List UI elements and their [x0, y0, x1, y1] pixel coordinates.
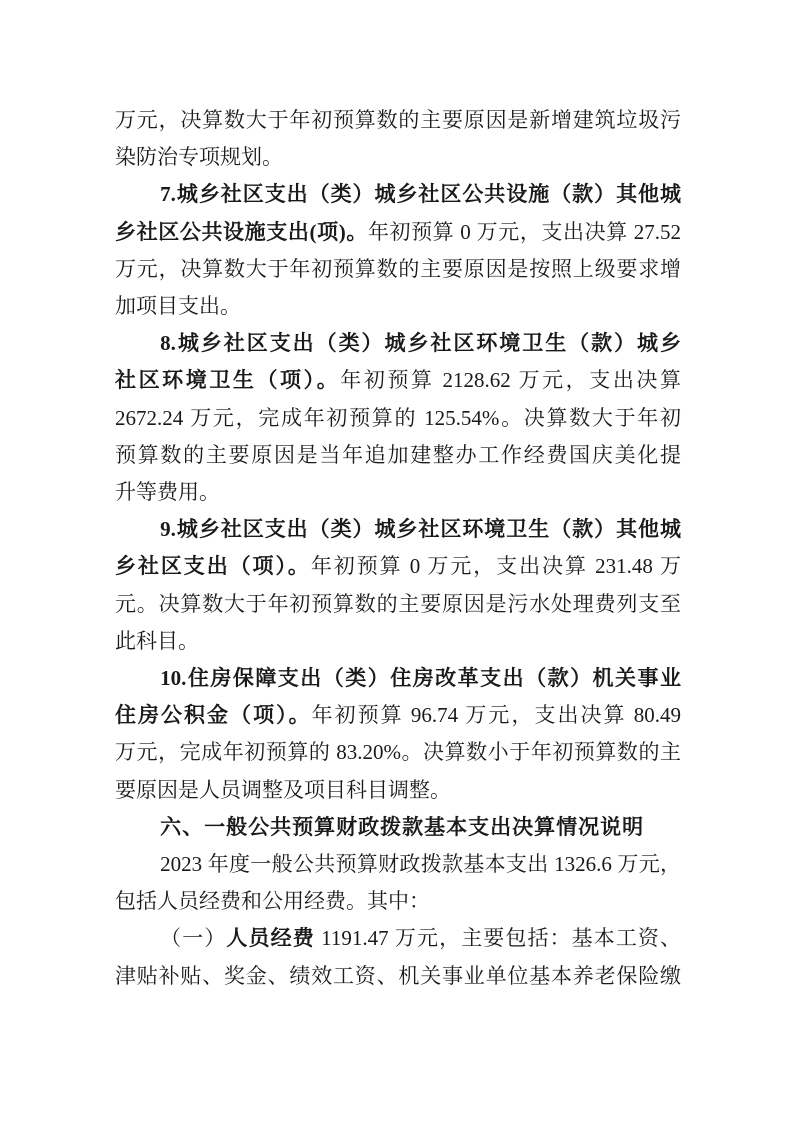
text-line: 住房公积金（项）。年初预算 96.74 万元，支出决算 80.49	[115, 697, 681, 734]
text-line: 元。决算数大于年初预算数的主要原因是污水处理费列支至	[115, 586, 681, 623]
bold-lead-text: 社区环境卫生（项）。	[115, 368, 340, 392]
text-line: 六、一般公共预算财政拨款基本支出决算情况说明	[115, 809, 681, 846]
body-text: 加项目支出。	[115, 294, 241, 318]
text-line: 2672.24 万元，完成年初预算的 125.54%。决算数大于年初	[115, 400, 681, 437]
text-line: 7.城乡社区支出（类）城乡社区公共设施（款）其他城	[115, 176, 681, 213]
text-line: 万元，决算数大于年初预算数的主要原因是新增建筑垃圾污	[115, 102, 681, 139]
text-line: 乡社区支出（项）。年初预算 0 万元，支出决算 231.48 万	[115, 548, 681, 585]
body-text: 2672.24 万元，完成年初预算的 125.54%。决算数大于年初	[115, 406, 681, 430]
body-text: 升等费用。	[115, 480, 220, 504]
text-line: 包括人员经费和公用经费。其中：	[115, 883, 681, 920]
document-body: 万元，决算数大于年初预算数的主要原因是新增建筑垃圾污染防治专项规划。7.城乡社区…	[115, 102, 681, 995]
body-text: 万元，完成年初预算的 83.20%。决算数小于年初预算数的主	[115, 740, 681, 764]
document-page: 万元，决算数大于年初预算数的主要原因是新增建筑垃圾污染防治专项规划。7.城乡社区…	[0, 0, 793, 1122]
text-line: 万元，决算数大于年初预算数的主要原因是按照上级要求增	[115, 251, 681, 288]
text-line: 预算数的主要原因是当年追加建整办工作经费国庆美化提	[115, 437, 681, 474]
paragraph-basic-expenditure: 2023 年度一般公共预算财政拨款基本支出 1326.6 万元，包括人员经费和公…	[115, 846, 681, 920]
body-text: 年初预算 0 万元，支出决算 231.48 万	[311, 554, 681, 578]
bold-lead-text: 人员经费	[226, 926, 314, 950]
paragraph-item8: 8.城乡社区支出（类）城乡社区环境卫生（款）城乡社区环境卫生（项）。年初预算 2…	[115, 325, 681, 511]
text-line: 2023 年度一般公共预算财政拨款基本支出 1326.6 万元，	[115, 846, 681, 883]
body-text: 元。决算数大于年初预算数的主要原因是污水处理费列支至	[115, 592, 681, 616]
paragraph-personnel-funds: （一）人员经费 1191.47 万元，主要包括：基本工资、津贴补贴、奖金、绩效工…	[115, 920, 681, 994]
body-text: 包括人员经费和公用经费。其中：	[115, 889, 430, 913]
bold-lead-text: 乡社区支出（项）。	[115, 554, 311, 578]
bold-lead-text: 10.住房保障支出（类）住房改革支出（款）机关事业	[160, 666, 681, 690]
body-text: 2023 年度一般公共预算财政拨款基本支出 1326.6 万元，	[160, 852, 681, 876]
text-line: 此科目。	[115, 623, 681, 660]
body-text: 万元，决算数大于年初预算数的主要原因是按照上级要求增	[115, 257, 681, 281]
body-text: 津贴补贴、奖金、绩效工资、机关事业单位基本养老保险缴	[115, 964, 681, 988]
text-line: 万元，完成年初预算的 83.20%。决算数小于年初预算数的主	[115, 734, 681, 771]
body-text: 要原因是人员调整及项目科目调整。	[115, 778, 451, 802]
text-line: 乡社区公共设施支出(项)。年初预算 0 万元，支出决算 27.52	[115, 214, 681, 251]
bold-lead-text: 9.城乡社区支出（类）城乡社区环境卫生（款）其他城	[160, 517, 681, 541]
bold-lead-text: 7.城乡社区支出（类）城乡社区公共设施（款）其他城	[160, 182, 681, 206]
paragraph-item9: 9.城乡社区支出（类）城乡社区环境卫生（款）其他城乡社区支出（项）。年初预算 0…	[115, 511, 681, 660]
section-heading-text: 六、一般公共预算财政拨款基本支出决算情况说明	[160, 816, 644, 839]
text-line: （一）人员经费 1191.47 万元，主要包括：基本工资、	[115, 920, 681, 957]
body-text: 年初预算 96.74 万元，支出决算 80.49	[312, 703, 681, 727]
body-text: 年初预算 2128.62 万元，支出决算	[340, 368, 681, 392]
text-line: 染防治专项规划。	[115, 139, 681, 176]
paragraph-item6-continued: 万元，决算数大于年初预算数的主要原因是新增建筑垃圾污染防治专项规划。	[115, 102, 681, 176]
text-line: 津贴补贴、奖金、绩效工资、机关事业单位基本养老保险缴	[115, 958, 681, 995]
text-line: 加项目支出。	[115, 288, 681, 325]
paragraph-item7: 7.城乡社区支出（类）城乡社区公共设施（款）其他城乡社区公共设施支出(项)。年初…	[115, 176, 681, 325]
body-text: 万元，决算数大于年初预算数的主要原因是新增建筑垃圾污	[115, 108, 681, 132]
text-line: 8.城乡社区支出（类）城乡社区环境卫生（款）城乡	[115, 325, 681, 362]
body-text: 染防治专项规划。	[115, 145, 283, 169]
bold-lead-text: 8.城乡社区支出（类）城乡社区环境卫生（款）城乡	[160, 331, 681, 355]
text-line: 社区环境卫生（项）。年初预算 2128.62 万元，支出决算	[115, 362, 681, 399]
paragraph-item10: 10.住房保障支出（类）住房改革支出（款）机关事业住房公积金（项）。年初预算 9…	[115, 660, 681, 809]
bold-lead-text: 住房公积金（项）。	[115, 703, 312, 727]
text-line: 升等费用。	[115, 474, 681, 511]
body-text: 此科目。	[115, 629, 199, 653]
body-text: 预算数的主要原因是当年追加建整办工作经费国庆美化提	[115, 443, 681, 467]
text-line: 9.城乡社区支出（类）城乡社区环境卫生（款）其他城	[115, 511, 681, 548]
body-text: （一）	[160, 926, 226, 950]
body-text: 年初预算 0 万元，支出决算 27.52	[368, 220, 681, 244]
text-line: 10.住房保障支出（类）住房改革支出（款）机关事业	[115, 660, 681, 697]
section-heading-six: 六、一般公共预算财政拨款基本支出决算情况说明	[115, 809, 681, 846]
body-text: 1191.47 万元，主要包括：基本工资、	[315, 926, 681, 950]
text-line: 要原因是人员调整及项目科目调整。	[115, 772, 681, 809]
bold-lead-text: 乡社区公共设施支出(项)。	[115, 220, 368, 244]
